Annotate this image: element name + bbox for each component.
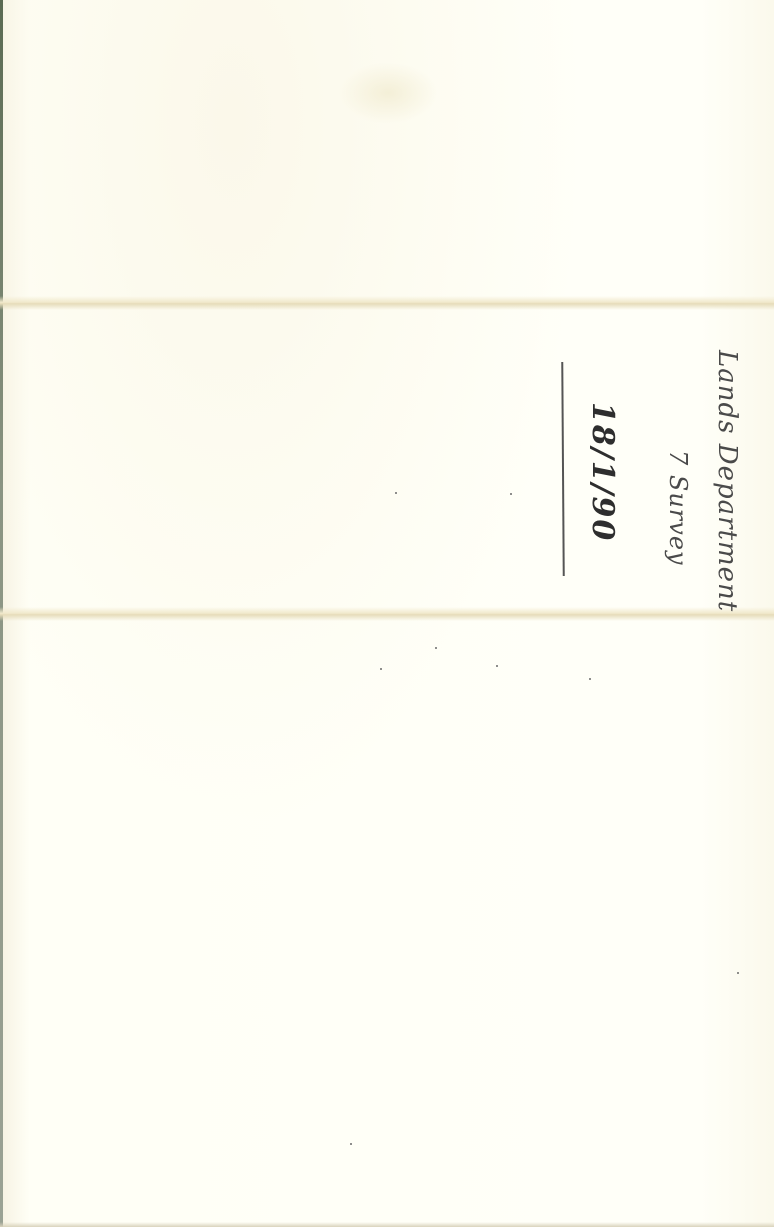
document-page: Lands Department 7 Survey 18/1/90 — [0, 0, 774, 1227]
docket-date: 18/1/90 — [585, 402, 620, 542]
ink-speck — [496, 665, 498, 667]
ink-speck — [350, 1143, 352, 1145]
page-bottom-edge — [0, 1222, 774, 1227]
ink-speck — [380, 668, 382, 670]
docket-department: Lands Department — [712, 350, 742, 612]
ink-speck — [510, 493, 512, 495]
embossed-seal — [338, 62, 438, 124]
handwritten-docket: Lands Department 7 Survey 18/1/90 — [520, 340, 760, 760]
ink-speck — [435, 647, 437, 649]
ink-speck — [395, 492, 397, 494]
underline-rule — [561, 362, 564, 576]
fold-line-upper — [0, 296, 774, 310]
ink-speck — [737, 972, 739, 974]
docket-subject: 7 Survey — [664, 450, 692, 566]
